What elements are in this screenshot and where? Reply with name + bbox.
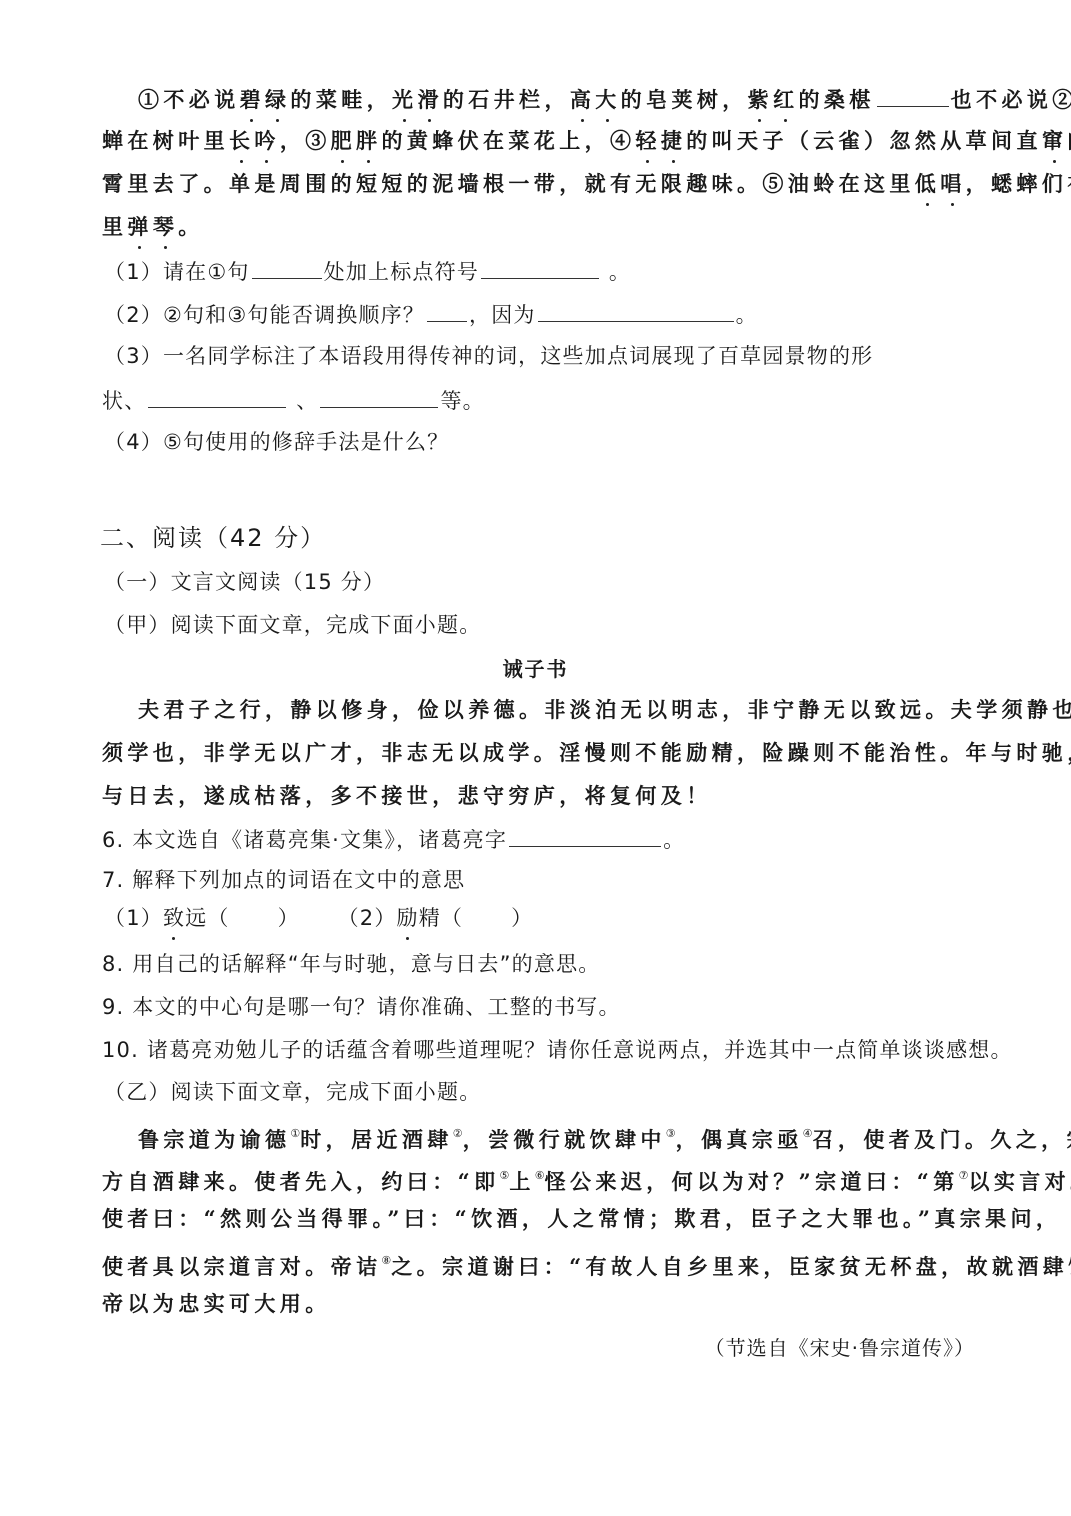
text-run: 以实言对。” xyxy=(968,1169,1071,1194)
text-run: 的皂荚树， xyxy=(621,87,748,112)
emphasis-dotted-char: 长 xyxy=(229,127,254,155)
emphasis-dotted-char: 唱 xyxy=(940,170,965,198)
text-run: 状、 xyxy=(102,389,146,413)
text-run: 、 xyxy=(288,389,318,413)
text-run: ，蟋蟀们在这 xyxy=(966,171,1071,196)
text-run: 。 xyxy=(178,214,203,239)
section-heading-reading: 二、阅读（42 分） xyxy=(100,518,326,553)
footnote-marker: ⑦ xyxy=(959,1169,969,1182)
footnote-marker: ① xyxy=(290,1127,300,1140)
text-run: 使者曰：“然则公当得罪。”曰：“饮酒，人之常情；欺君，臣子之大罪也。”真宗果问， xyxy=(102,1206,1061,1231)
text-run: 。 xyxy=(601,260,631,284)
emphasis-dotted-char: 绿 xyxy=(265,86,290,114)
emphasis-dotted-char: 大 xyxy=(595,86,620,114)
text-run: 。 xyxy=(663,828,685,852)
text-run: ①不必说 xyxy=(138,87,240,112)
question-2-swap-order: （2）②句和③句能否调换顺序？，因为。 xyxy=(104,299,758,329)
text-run: 6. 本文选自《诸葛亮集·文集》，诸葛亮字 xyxy=(102,828,507,852)
text-run: 蝉在树叶里 xyxy=(102,128,229,153)
emphasis-dotted-char: 弹 xyxy=(127,213,152,241)
question-7-items: （1）致远（） （2）励精（） xyxy=(104,904,533,932)
emphasis-dotted-char: 轻 xyxy=(635,127,660,155)
text-run: 也不必说②鸣 xyxy=(951,87,1071,112)
text-b-line: 使者具以宗道言对。帝诘⑧之。宗道谢曰：“有故人自乡里来，臣家贫无杯盘，故就酒肆饮… xyxy=(102,1247,1071,1281)
text-run: （3）一名同学标注了本语段用得传神的词，这些加点词展现了百草园景物的形 xyxy=(104,344,873,368)
emphasis-dotted-char: 紫 xyxy=(748,86,773,114)
passage-line: 里弹琴。 xyxy=(102,213,204,241)
passage-line: 霄里去了。单是周围的短短的泥墙根一带，就有无限趣味。⑤油蛉在这里低唱，蟋蟀们在这 xyxy=(102,170,1071,198)
exam-page: ①不必说碧绿的菜畦，光滑的石井栏，高大的皂荚树，紫红的桑椹也不必说②鸣 蝉在树叶… xyxy=(0,0,1071,1516)
text-run: （2）②句和③句能否调换顺序？ xyxy=(104,303,425,327)
emphasis-dotted-char: 红 xyxy=(773,86,798,114)
question-1-fill-punctuation: （1）请在①句处加上标点符号 。 xyxy=(104,256,631,286)
text-run: （1）请在①句 xyxy=(104,260,250,284)
text-run: 召，使者及门。久之，宗道 xyxy=(813,1127,1071,1152)
emphasis-dotted-char: 胖 xyxy=(356,127,381,155)
text-run: 之。宗道谢曰：“有故人自乡里来，臣家贫无杯盘，故就酒肆饮。” xyxy=(391,1254,1071,1279)
answer-blank xyxy=(509,824,661,847)
footnote-marker: ④ xyxy=(803,1127,813,1140)
passage-line: 蝉在树叶里长吟，③肥胖的黄蜂伏在菜花上，④轻捷的叫天子（云雀）忽然从草间直窜向云 xyxy=(102,127,1071,155)
text-run: 怪公来迟，何以为对？”宗道曰：“第 xyxy=(545,1169,959,1194)
emphasis-dotted-char: 捷 xyxy=(661,127,686,155)
emphasis-dotted-char: 肥 xyxy=(331,127,356,155)
text-run: 向云 xyxy=(1067,128,1071,153)
emphasis-dotted-char: 滑 xyxy=(417,86,442,114)
question-4-rhetoric: （4）⑤句使用的修辞手法是什么？ xyxy=(104,428,449,456)
emphasis-dotted-char: 低 xyxy=(915,170,940,198)
text-b-line: 使者曰：“然则公当得罪。”曰：“饮酒，人之常情；欺君，臣子之大罪也。”真宗果问， xyxy=(102,1205,1061,1233)
text-run: 。 xyxy=(736,303,758,327)
text-run: ，尝微行就饮肆中 xyxy=(463,1127,666,1152)
subsection-heading-classical: （一）文言文阅读（15 分） xyxy=(104,568,385,596)
text-b-line: 鲁宗道为谕德①时，居近酒肆②，尝微行就饮肆中③，偶真宗亟④召，使者及门。久之，宗… xyxy=(102,1120,1071,1154)
text-run: ，偶真宗亟 xyxy=(676,1127,803,1152)
emphasis-dotted-char: 琴 xyxy=(153,213,178,241)
text-run: 时，居近酒肆 xyxy=(300,1127,452,1152)
answer-blank xyxy=(427,299,467,322)
emphasis-dotted-char: 光 xyxy=(392,86,417,114)
emphasis-dotted-char: 窜 xyxy=(1042,127,1067,155)
question-9: 9. 本文的中心句是哪一句？请你准确、工整的书写。 xyxy=(102,993,621,1021)
question-7: 7. 解释下列加点的词语在文中的意思 xyxy=(102,866,465,894)
question-6: 6. 本文选自《诸葛亮集·文集》，诸葛亮字。 xyxy=(102,824,685,854)
text-b-line: 帝以为忠实可大用。 xyxy=(102,1290,331,1318)
text-run: 鲁宗道为谕德 xyxy=(138,1127,290,1152)
answer-blank xyxy=(252,256,322,279)
text-run: 处加上标点符号 xyxy=(324,260,479,284)
passage-line: ①不必说碧绿的菜畦，光滑的石井栏，高大的皂荚树，紫红的桑椹也不必说②鸣 xyxy=(102,84,1071,114)
text-run: （4）⑤句使用的修辞手法是什么？ xyxy=(104,430,449,454)
text-run: 的黄蜂伏在菜花上，④ xyxy=(381,128,635,153)
footnote-marker: ② xyxy=(453,1127,463,1140)
text-a-line: 与日去，遂成枯落，多不接世，悲守穷庐，将复何及！ xyxy=(102,782,712,810)
text-run: 帝以为忠实可大用。 xyxy=(102,1291,331,1316)
emphasis-dotted-char: 碧 xyxy=(240,86,265,114)
emphasis-dotted-char: 吟 xyxy=(254,127,279,155)
text-run: 的叫天子（云雀）忽然从草间直 xyxy=(686,128,1042,153)
answer-blank xyxy=(877,84,949,107)
text-run: 使者具以宗道言对。帝诘 xyxy=(102,1254,381,1279)
answer-blank xyxy=(148,385,286,408)
text-a-title: 诫子书 xyxy=(0,653,1071,682)
part-b-intro: （乙）阅读下面文章，完成下面小题。 xyxy=(104,1078,481,1106)
text-b-line: 方自酒肆来。使者先入，约曰：“即⑤上⑥怪公来迟，何以为对？”宗道曰：“第⑦以实言… xyxy=(102,1162,1071,1196)
text-run: ，③ xyxy=(280,128,331,153)
text-run: 方自酒肆来。使者先入，约曰：“即 xyxy=(102,1169,499,1194)
text-run: 霄里去了。单是周围的短短的泥墙根一带，就有无限趣味。⑤油蛉在这里 xyxy=(102,171,915,196)
text-a-line: 须学也，非学无以广才，非志无以成学。淫慢则不能励精，险躁则不能治性。年与时驰，意 xyxy=(102,739,1071,767)
answer-blank xyxy=(538,299,734,322)
question-3-continued: 状、 、等。 xyxy=(102,385,485,415)
question-3-dotted-words: （3）一名同学标注了本语段用得传神的词，这些加点词展现了百草园景物的形 xyxy=(104,342,873,370)
text-run: 的菜畦， xyxy=(290,87,392,112)
footnote-marker: ⑤ xyxy=(499,1169,509,1182)
part-a-intro: （甲）阅读下面文章，完成下面小题。 xyxy=(104,611,481,639)
footnote-marker: ⑥ xyxy=(535,1169,545,1182)
question-8: 8. 用自己的话解释“年与时驰，意与日去”的意思。 xyxy=(102,950,600,978)
text-a-line: 夫君子之行，静以修身，俭以养德。非淡泊无以明志，非宁静无以致远。夫学须静也，才 xyxy=(102,696,1071,724)
footnote-marker: ③ xyxy=(666,1127,676,1140)
text-run: 上 xyxy=(509,1169,534,1194)
emphasis-dotted-char: 高 xyxy=(570,86,595,114)
answer-blank xyxy=(320,385,438,408)
text-run: 的石井栏， xyxy=(443,87,570,112)
footnote-marker: ⑧ xyxy=(381,1254,391,1267)
question-10: 10. 诸葛亮劝勉儿子的话蕴含着哪些道理呢？请你任意说两点，并选其中一点简单谈谈… xyxy=(102,1036,1013,1064)
answer-blank xyxy=(481,256,599,279)
q7-item-2: （2）励精（） xyxy=(338,906,534,930)
text-run: 的桑椹 xyxy=(798,87,874,112)
text-run: 里 xyxy=(102,214,127,239)
text-run: 等。 xyxy=(440,389,484,413)
text-run: ，因为 xyxy=(469,303,536,327)
text-b-source: （节选自《宋史·鲁宗道传》） xyxy=(705,1332,975,1361)
q7-item-1: （1）致远（） xyxy=(104,906,308,930)
